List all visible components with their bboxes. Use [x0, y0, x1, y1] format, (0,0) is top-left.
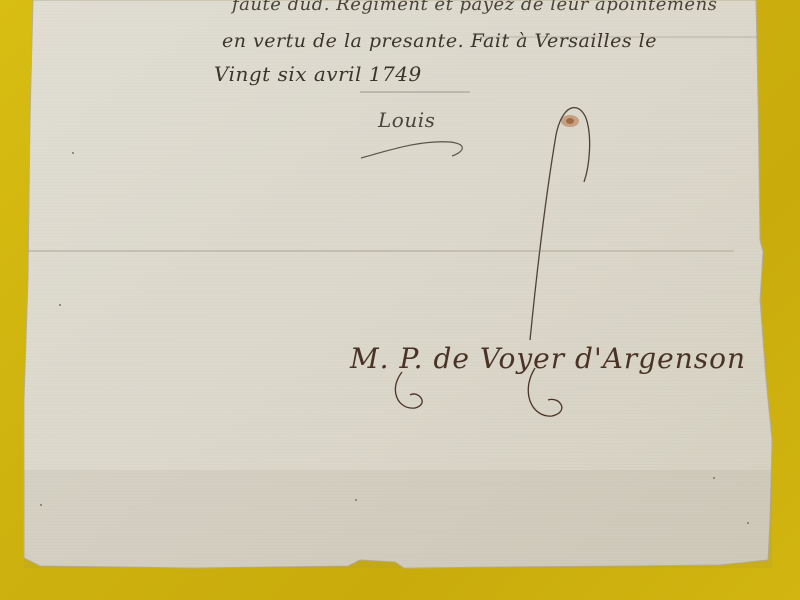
text-line-1: faute dud. Regiment et payez de leur apo…: [232, 0, 717, 15]
paper-sheet-shape: [0, 0, 800, 600]
text-line-2: en vertu de la presante. Fait à Versaill…: [222, 30, 657, 52]
minister-signature: M. P. de Voyer d'Argenson: [350, 342, 746, 375]
document-page: faute dud. Regiment et payez de leur apo…: [0, 0, 800, 600]
king-signature: Louis: [378, 108, 435, 132]
paper-fold-line: [28, 250, 734, 252]
text-line-3-date: Vingt six avril 1749: [214, 62, 422, 86]
